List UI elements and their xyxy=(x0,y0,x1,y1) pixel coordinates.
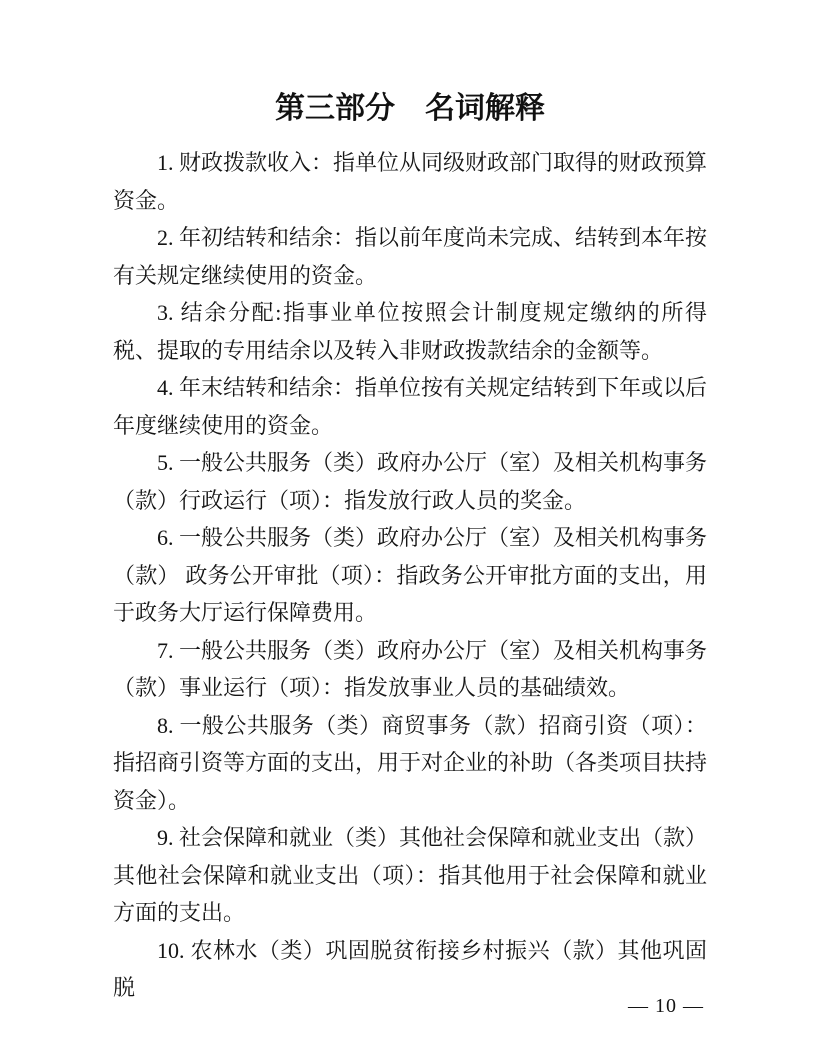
glossary-paragraph-8: 8. 一般公共服务（类）商贸事务（款）招商引资（项）：指招商引资等方面的支出，用… xyxy=(113,707,707,820)
glossary-paragraph-7: 7. 一般公共服务（类）政府办公厅（室）及相关机构事务（款）事业运行（项）：指发… xyxy=(113,632,707,707)
glossary-paragraph-1: 1. 财政拨款收入：指单位从同级财政部门取得的财政预算资金。 xyxy=(113,144,707,219)
glossary-paragraph-6: 6. 一般公共服务（类）政府办公厅（室）及相关机构事务（款） 政务公开审批（项）… xyxy=(113,519,707,632)
page-title: 第三部分 名词解释 xyxy=(113,88,707,130)
glossary-paragraph-4: 4. 年末结转和结余：指单位按有关规定结转到下年或以后年度继续使用的资金。 xyxy=(113,369,707,444)
glossary-paragraph-3: 3. 结余分配:指事业单位按照会计制度规定缴纳的所得税、提取的专用结余以及转入非… xyxy=(113,294,707,369)
glossary-paragraph-10: 10. 农林水（类）巩固脱贫衔接乡村振兴（款）其他巩固脱 xyxy=(113,932,707,1007)
glossary-paragraph-9: 9. 社会保障和就业（类）其他社会保障和就业支出（款）其他社会保障和就业支出（项… xyxy=(113,819,707,932)
glossary-paragraph-2: 2. 年初结转和结余：指以前年度尚未完成、结转到本年按有关规定继续使用的资金。 xyxy=(113,219,707,294)
glossary-paragraph-5: 5. 一般公共服务（类）政府办公厅（室）及相关机构事务（款）行政运行（项）：指发… xyxy=(113,444,707,519)
page-number: — 10 — xyxy=(628,994,704,1018)
document-body: 第三部分 名词解释 1. 财政拨款收入：指单位从同级财政部门取得的财政预算资金。… xyxy=(113,88,707,1007)
document-page: 第三部分 名词解释 1. 财政拨款收入：指单位从同级财政部门取得的财政预算资金。… xyxy=(0,0,816,1056)
